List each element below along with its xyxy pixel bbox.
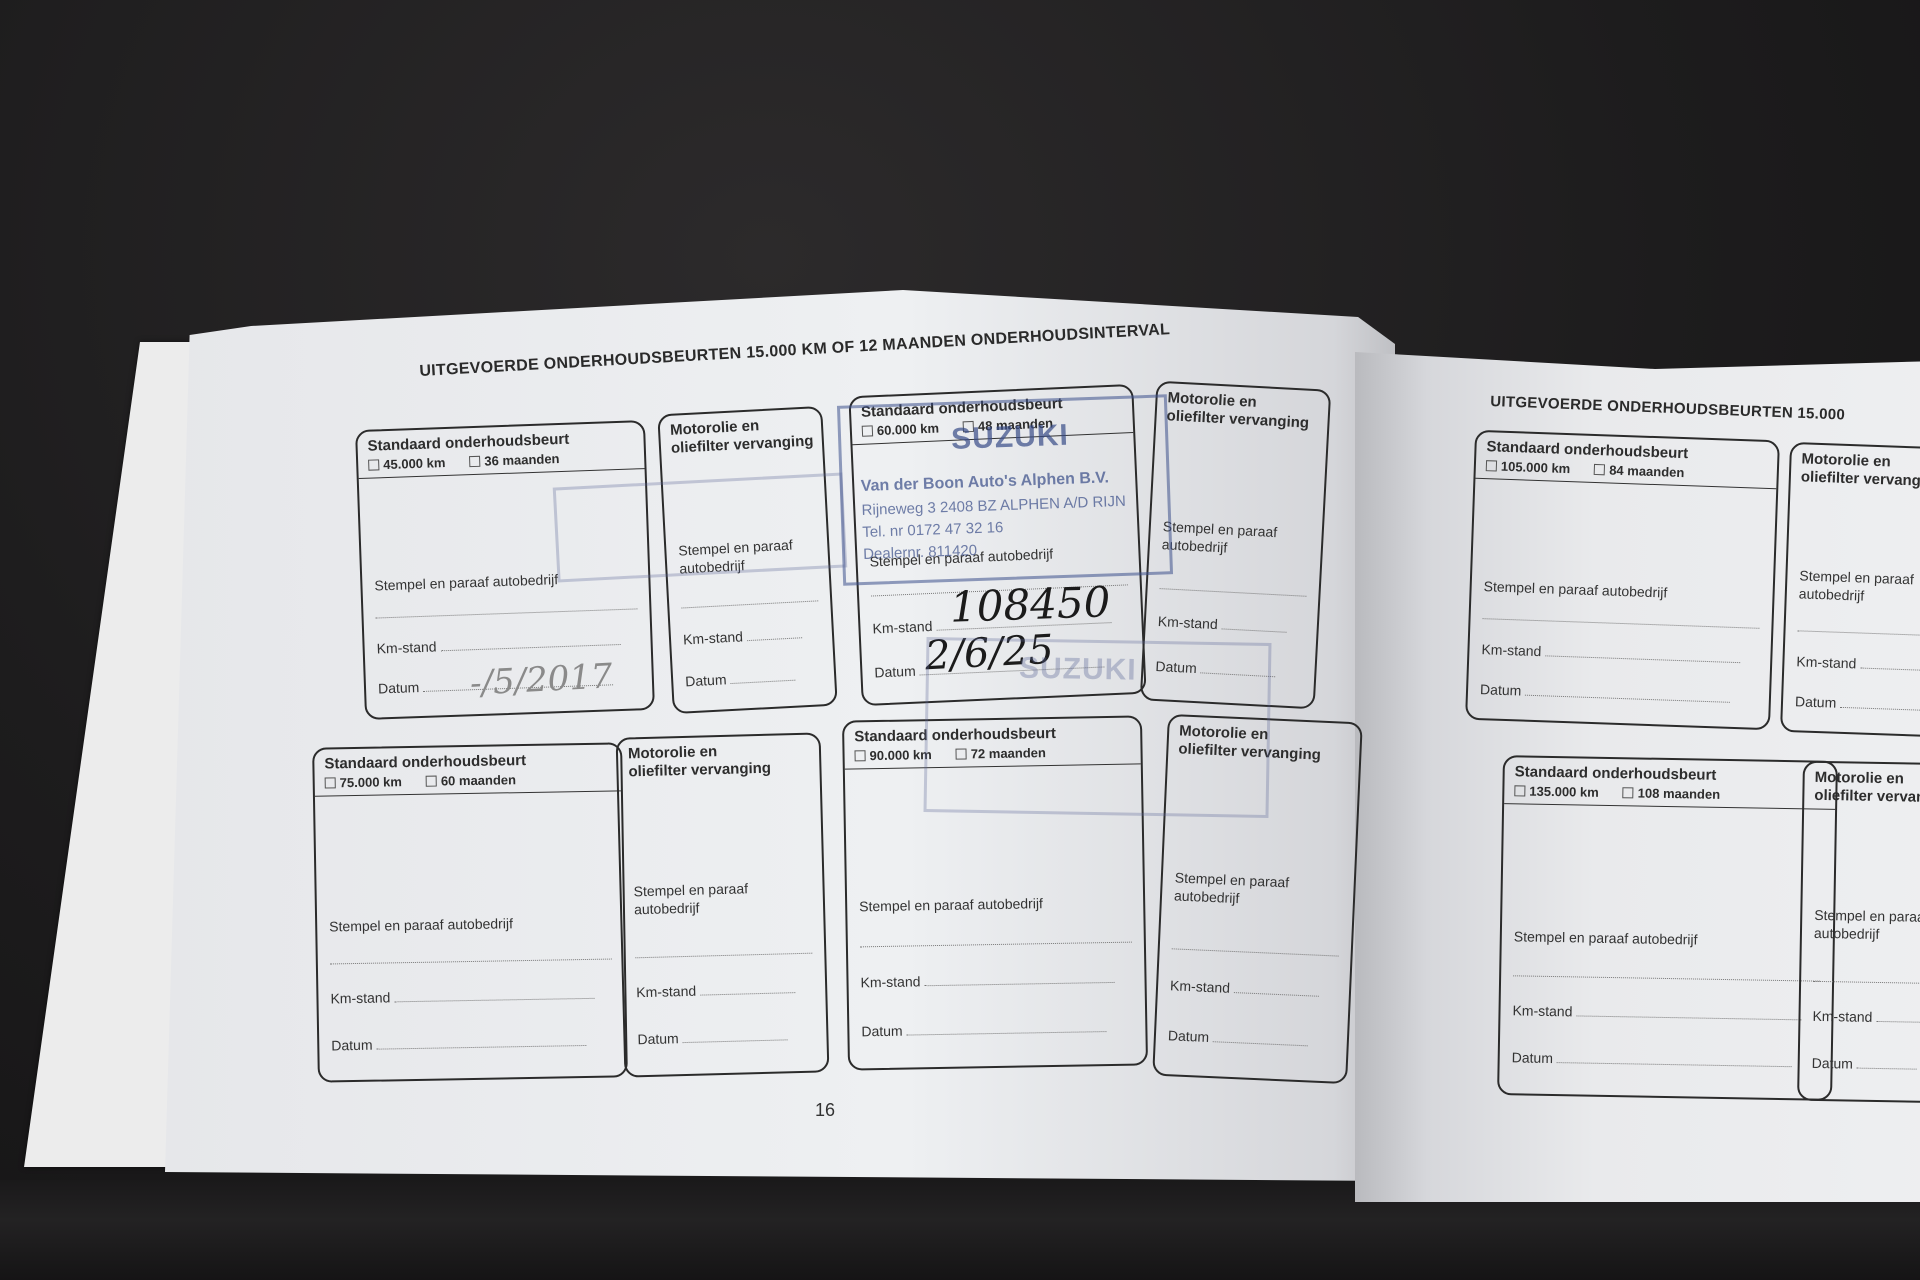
standard-service-box: Standaard onderhoudsbeurt105.000 km84 ma… (1465, 430, 1780, 730)
date-field[interactable]: Datum (331, 1033, 586, 1053)
months-option: 108 maanden (1638, 785, 1721, 801)
months-option: 60 maanden (441, 772, 516, 788)
checkbox-km[interactable] (1486, 460, 1497, 471)
stamp-label: Stempel en paraaf autobedrijf (859, 894, 1043, 915)
km-field[interactable]: Km-stand (1812, 1008, 1920, 1026)
standard-service-box: Standaard onderhoudsbeurt135.000 km108 m… (1497, 755, 1838, 1101)
km-option: 45.000 km (383, 455, 446, 472)
km-field[interactable]: Km-stand (376, 632, 620, 656)
handwritten-date-45000: -/5/2017 (469, 656, 613, 703)
stamp-label: Stempel en paraaf autobedrijf (1514, 927, 1698, 948)
date-field[interactable]: Datum (861, 1019, 1106, 1039)
checkbox-months[interactable] (1594, 464, 1605, 475)
dealer-stamp-transfer (553, 472, 848, 582)
checkbox-months[interactable] (426, 776, 437, 787)
box-title: Motorolie enoliefilter vervanging (1801, 450, 1920, 491)
stamp-label: Stempel en paraaf autobedrijf (374, 570, 558, 594)
checkbox-km[interactable] (854, 750, 865, 761)
stamp-dealer-number: Dealernr. 811420 (863, 542, 978, 563)
oil-change-box: Motorolie enoliefilter vervangingStempel… (1780, 442, 1920, 738)
km-option: 135.000 km (1529, 784, 1599, 800)
standard-service-box: Standaard onderhoudsbeurt75.000 km60 maa… (312, 742, 628, 1082)
box-title: Motorolie enoliefilter vervanging (1166, 389, 1310, 432)
box-options: 75.000 km60 maanden (325, 772, 517, 790)
checkbox-km[interactable] (368, 459, 379, 470)
checkbox-months[interactable] (469, 456, 480, 467)
date-field[interactable]: Datum (685, 668, 796, 690)
km-field[interactable]: Km-stand (330, 986, 594, 1007)
stamp-brand-faded: SUZUKI (1019, 652, 1137, 688)
km-field[interactable]: Km-stand (1170, 977, 1319, 999)
stamp-label: Stempel en paraaf autobedrijf (329, 914, 513, 935)
checkbox-months[interactable] (1623, 787, 1634, 798)
km-field[interactable]: Km-stand (1157, 613, 1286, 636)
date-field[interactable]: Datum (1795, 694, 1920, 714)
stamp-dealer-name: Van der Boon Auto's Alphen B.V. (860, 469, 1109, 496)
date-field[interactable]: Datum (1168, 1028, 1309, 1050)
km-field[interactable]: Km-stand (1512, 1002, 1801, 1023)
months-option: 84 maanden (1609, 462, 1685, 480)
stamp-label: Stempel en paraafautobedrijf (1174, 868, 1290, 909)
box-title: Motorolie enoliefilter vervanging (670, 414, 814, 457)
box-title: Standaard onderhoudsbeurt (1515, 763, 1717, 785)
date-field[interactable]: Datum (1480, 681, 1731, 706)
km-option: 90.000 km (869, 747, 931, 763)
months-option: 36 maanden (484, 451, 560, 469)
stamp-label: Stempel en paraafautobedrijf (1814, 906, 1920, 944)
box-options: 135.000 km108 maanden (1514, 783, 1720, 802)
stamp-label: Stempel en paraafautobedrijf (633, 879, 748, 918)
km-field[interactable]: Km-stand (860, 970, 1114, 990)
stamp-address: Rijneweg 3 2408 BZ ALPHEN A/D RIJN (861, 493, 1126, 519)
dealer-stamp: SUZUKI Van der Boon Auto's Alphen B.V. R… (837, 394, 1173, 585)
date-field[interactable]: Datum (637, 1028, 787, 1048)
stamp-label: Stempel en paraafautobedrijf (1161, 518, 1277, 560)
km-field[interactable]: Km-stand (1796, 653, 1920, 674)
date-field[interactable]: Datum (1812, 1055, 1917, 1073)
oil-change-box: Motorolie enoliefilter vervangingStempel… (616, 732, 830, 1077)
checkbox-km[interactable] (325, 777, 336, 788)
stamp-label: Stempel en paraaf autobedrijf (1483, 577, 1667, 601)
stamp-brand: SUZUKI (951, 419, 1070, 457)
handwritten-km-60000: 108450 (949, 577, 1111, 632)
km-option: 105.000 km (1501, 459, 1571, 476)
stamp-label: Stempel en paraafautobedrijf (1799, 566, 1915, 606)
km-field[interactable]: Km-stand (1481, 641, 1740, 666)
box-title: Motorolie enoliefilter vervanging (628, 742, 771, 782)
km-field[interactable]: Km-stand (683, 625, 802, 647)
page-number: 16 (815, 1100, 835, 1121)
box-title: Motorolie enoliefilter vervanging (1814, 769, 1920, 807)
km-option: 75.000 km (340, 774, 402, 790)
box-title: Standaard onderhoudsbeurt (324, 752, 526, 774)
checkbox-km[interactable] (1514, 785, 1525, 796)
km-field[interactable]: Km-stand (636, 980, 795, 1000)
oil-change-box: Motorolie enoliefilter vervangingStempel… (1797, 761, 1920, 1104)
dealer-stamp-faded: SUZUKI (923, 637, 1271, 818)
date-field[interactable]: Datum (1512, 1050, 1792, 1071)
stamp-phone: Tel. nr 0172 47 32 16 (862, 519, 1003, 541)
